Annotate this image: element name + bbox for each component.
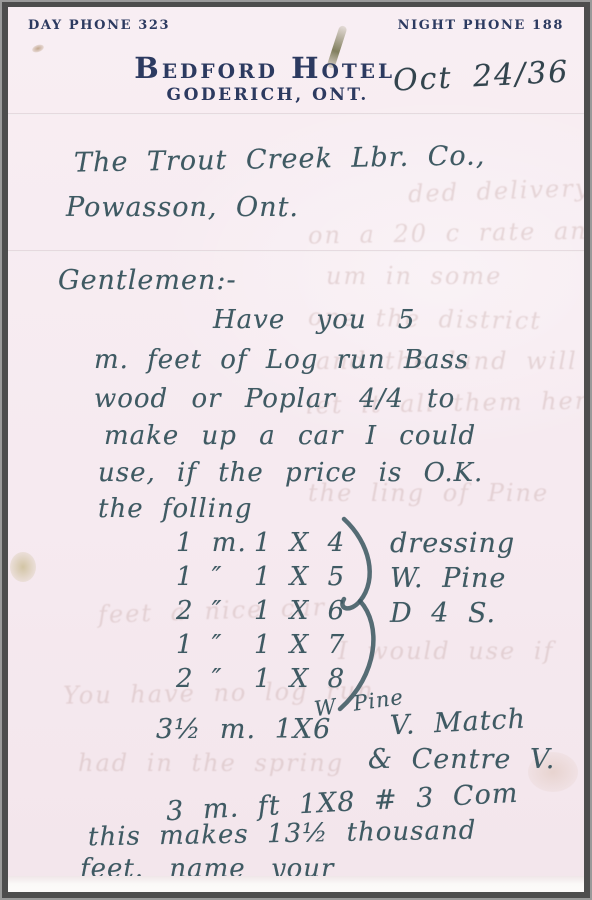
order-row: 1 m.1 X 4 (176, 528, 345, 558)
body-line: use, if the price is O.K. (98, 458, 483, 488)
bleedthrough-text: on a 20 c rate and (308, 216, 584, 249)
brace-label: D 4 S. (390, 598, 496, 629)
order-qty: 1 ″ (176, 630, 254, 660)
order-qty: 2 ″ (176, 664, 254, 694)
body-line: the folling (98, 494, 252, 524)
matched-line-qty: 3½ m. 1X6 (156, 714, 331, 745)
brace-label: W. Pine (390, 563, 506, 594)
letter-paper: ded delivery on a 20 c rate and um in so… (8, 7, 584, 892)
body-line: make up a car I could (104, 421, 476, 451)
small-stain (31, 43, 45, 54)
order-row: 2 ″1 X 8 (176, 664, 345, 694)
grouping-brace (330, 515, 386, 715)
photo-frame: ded delivery on a 20 c rate and um in so… (0, 0, 592, 900)
order-row: 1 ″1 X 7 (176, 630, 345, 660)
recipient-line: The Trout Creek Lbr. Co., (74, 140, 486, 178)
order-qty: 1 ″ (176, 562, 254, 592)
recipient-line: Powasson, Ont. (66, 192, 299, 223)
hotel-name: Bedford Hotel (134, 51, 395, 85)
bleedthrough-text: um in some (326, 262, 502, 290)
fold-crease-middle (8, 250, 584, 252)
salutation: Gentlemen:- (58, 265, 237, 296)
matched-line-label: V. Match (389, 703, 526, 741)
hotel-city: GODERICH, ONT. (167, 85, 369, 105)
body-line: m. feet of Log run Bass (94, 345, 469, 375)
fold-crease-top (8, 113, 584, 115)
body-line: Have you 5 (213, 305, 415, 335)
order-row: 1 ″1 X 5 (176, 562, 345, 592)
closing-line: this makes 13½ thousand (88, 816, 477, 853)
day-phone-label: DAY PHONE 323 (28, 18, 170, 33)
night-phone-label: NIGHT PHONE 188 (398, 18, 564, 33)
bleedthrough-text: ded delivery (408, 174, 584, 208)
order-qty: 2 ″ (176, 596, 254, 626)
yellow-stain (10, 552, 36, 582)
brace-label: dressing (390, 528, 515, 559)
order-qty: 1 m. (176, 528, 254, 558)
paper-bottom-edge (8, 876, 584, 892)
bleedthrough-text: had in the spring (78, 749, 344, 777)
order-row: 2 ″1 X 6 (176, 596, 345, 626)
matched-line-label2: & Centre V. (368, 744, 555, 775)
handwritten-date: Oct 24/36 (392, 54, 570, 98)
body-line: wood or Poplar 4/4 to (94, 384, 455, 414)
